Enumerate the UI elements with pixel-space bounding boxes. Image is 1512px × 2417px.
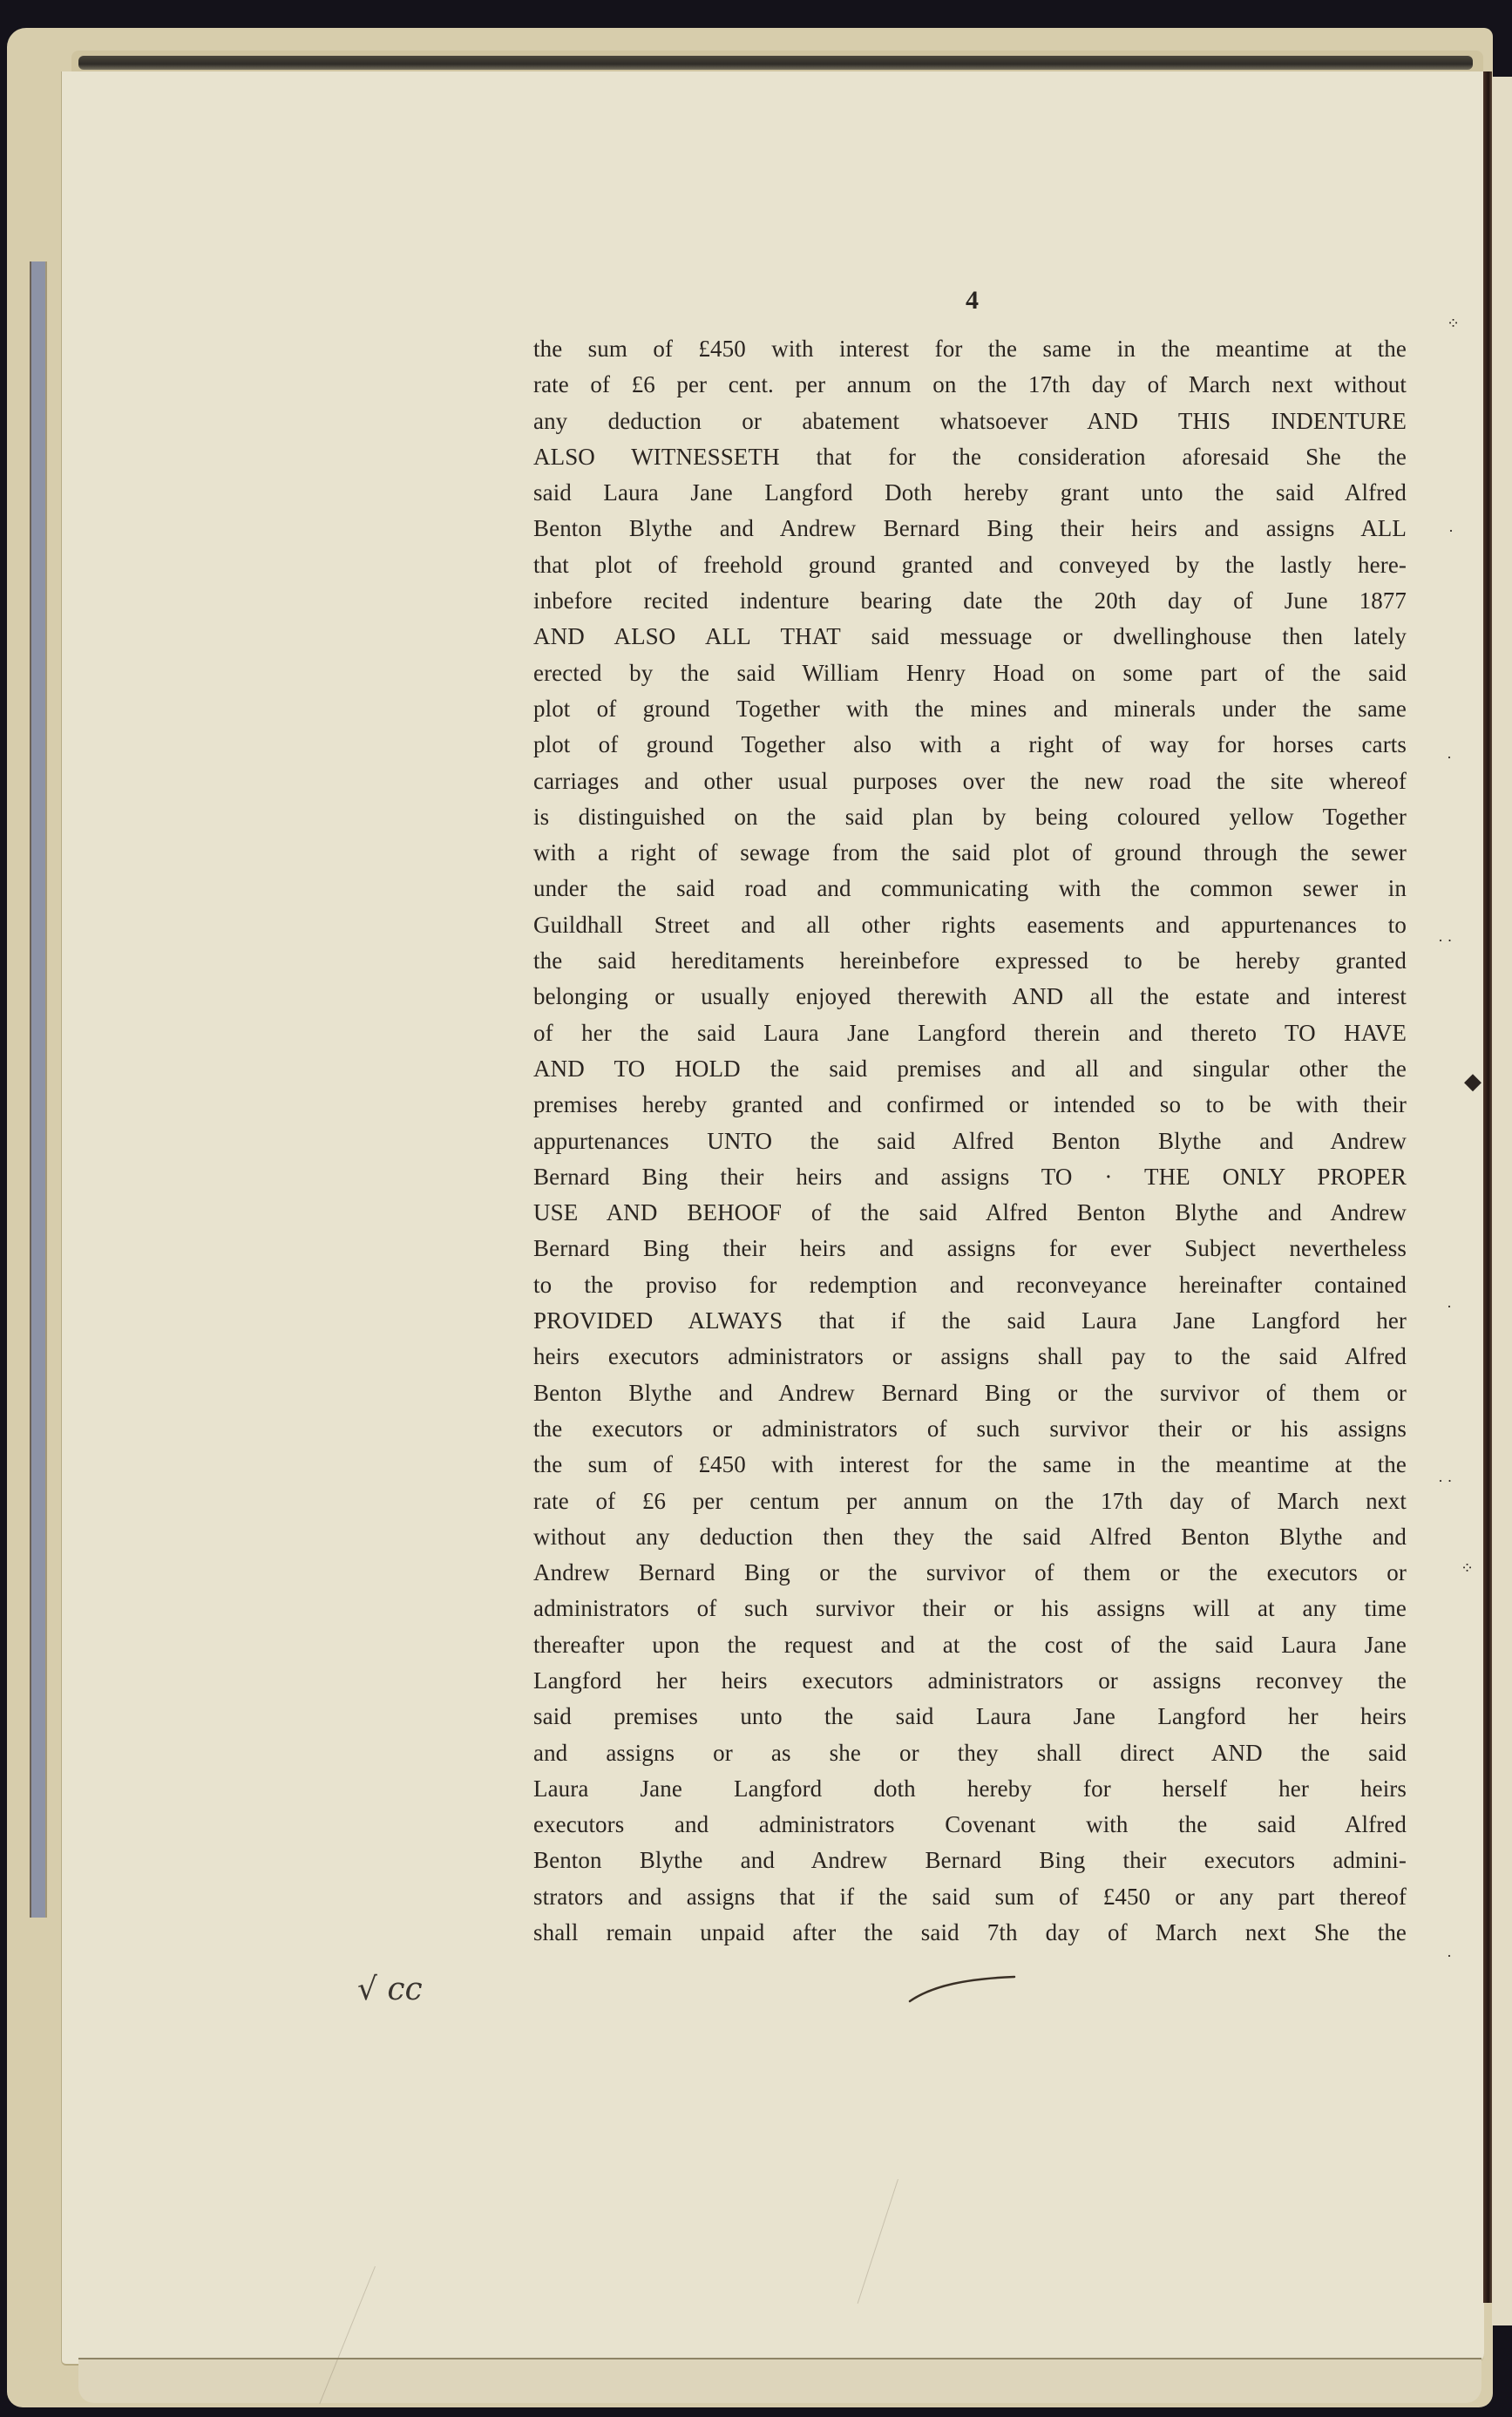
text-line: the sum of £450 with interest for the sa… [533, 1447, 1407, 1483]
document-body: the sum of £450 with interest for the sa… [533, 331, 1407, 1951]
page-number: 4 [966, 286, 979, 316]
text-line: USE AND BEHOOF of the said Alfred Benton… [533, 1195, 1407, 1231]
text-line: premises hereby granted and confirmed or… [533, 1087, 1407, 1123]
text-line: carriages and other usual purposes over … [533, 764, 1407, 799]
text-line: rate of £6 per centum per annum on the 1… [533, 1483, 1407, 1519]
page-top-edge [78, 56, 1473, 70]
book-gutter [1483, 71, 1492, 2303]
text-line: with a right of sewage from the said plo… [533, 835, 1407, 871]
text-line: executors and administrators Covenant wi… [533, 1807, 1407, 1843]
text-line: the said hereditaments hereinbefore expr… [533, 943, 1407, 979]
text-line: the executors or administrators of such … [533, 1411, 1407, 1447]
text-line: inbefore recited indenture bearing date … [533, 583, 1407, 619]
text-line: rate of £6 per cent. per annum on the 17… [533, 367, 1407, 403]
binding-hole-mark: · [1447, 1299, 1452, 1314]
text-line: AND ALSO ALL THAT said messuage or dwell… [533, 619, 1407, 655]
text-line: shall remain unpaid after the said 7th d… [533, 1915, 1407, 1951]
text-line: Langford her heirs executors administrat… [533, 1663, 1407, 1699]
text-line: under the said road and communicating wi… [533, 871, 1407, 906]
text-line: Bernard Bing their heirs and assigns TO … [533, 1159, 1407, 1195]
text-line: appurtenances UNTO the said Alfred Bento… [533, 1124, 1407, 1159]
binding-hole-mark: ⁘ [1461, 1560, 1474, 1576]
text-line: without any deduction then they the said… [533, 1519, 1407, 1555]
text-line: said Laura Jane Langford Doth hereby gra… [533, 475, 1407, 511]
text-line: administrators of such survivor their or… [533, 1591, 1407, 1626]
binding-hole-mark: · · [1438, 933, 1453, 948]
text-line: ALSO WITNESSETH that for the considerati… [533, 439, 1407, 475]
text-line: plot of ground Together also with a righ… [533, 727, 1407, 763]
text-line: Guildhall Street and all other rights ea… [533, 907, 1407, 943]
text-line: Benton Blythe and Andrew Bernard Bing or… [533, 1375, 1407, 1411]
text-line: erected by the said William Henry Hoad o… [533, 655, 1407, 691]
text-line: that plot of freehold ground granted and… [533, 547, 1407, 583]
text-line: Bernard Bing their heirs and assigns for… [533, 1231, 1407, 1266]
text-line: heirs executors administrators or assign… [533, 1339, 1407, 1375]
binding-hole-mark: ⁘ [1447, 316, 1460, 331]
text-line: Laura Jane Langford doth hereby for hers… [533, 1771, 1407, 1807]
text-line: AND TO HOLD the said premises and all an… [533, 1051, 1407, 1087]
text-line: belonging or usually enjoyed therewith A… [533, 979, 1407, 1015]
text-line: Andrew Bernard Bing or the survivor of t… [533, 1555, 1407, 1591]
text-line: Benton Blythe and Andrew Bernard Bing th… [533, 511, 1407, 547]
binding-hole-mark: · [1447, 750, 1452, 765]
facing-page-edge [1492, 77, 1512, 2325]
pen-stroke-mark [906, 1972, 1020, 2006]
text-line: the sum of £450 with interest for the sa… [533, 331, 1407, 367]
text-line: of her the said Laura Jane Langford ther… [533, 1015, 1407, 1051]
text-line: to the proviso for redemption and reconv… [533, 1267, 1407, 1303]
text-line: strators and assigns that if the said su… [533, 1879, 1407, 1915]
handwritten-annotation: √ cc [357, 1972, 423, 2007]
text-line: and assigns or as she or they shall dire… [533, 1735, 1407, 1771]
binding-strip [30, 261, 47, 1918]
text-line: Benton Blythe and Andrew Bernard Bing th… [533, 1843, 1407, 1878]
text-line: PROVIDED ALWAYS that if the said Laura J… [533, 1303, 1407, 1339]
text-line: is distinguished on the said plan by bei… [533, 799, 1407, 835]
binding-hole-mark: · [1447, 1948, 1452, 1964]
text-line: said premises unto the said Laura Jane L… [533, 1699, 1407, 1735]
page-bottom-fold [78, 2358, 1481, 2403]
text-line: plot of ground Together with the mines a… [533, 691, 1407, 727]
binding-hole-mark: · [1448, 523, 1454, 539]
text-line: thereafter upon the request and at the c… [533, 1627, 1407, 1663]
text-line: any deduction or abatement whatsoever AN… [533, 404, 1407, 439]
binding-hole-mark: · · [1438, 1473, 1453, 1489]
binding-hole-mark: ◆ [1464, 1070, 1481, 1093]
